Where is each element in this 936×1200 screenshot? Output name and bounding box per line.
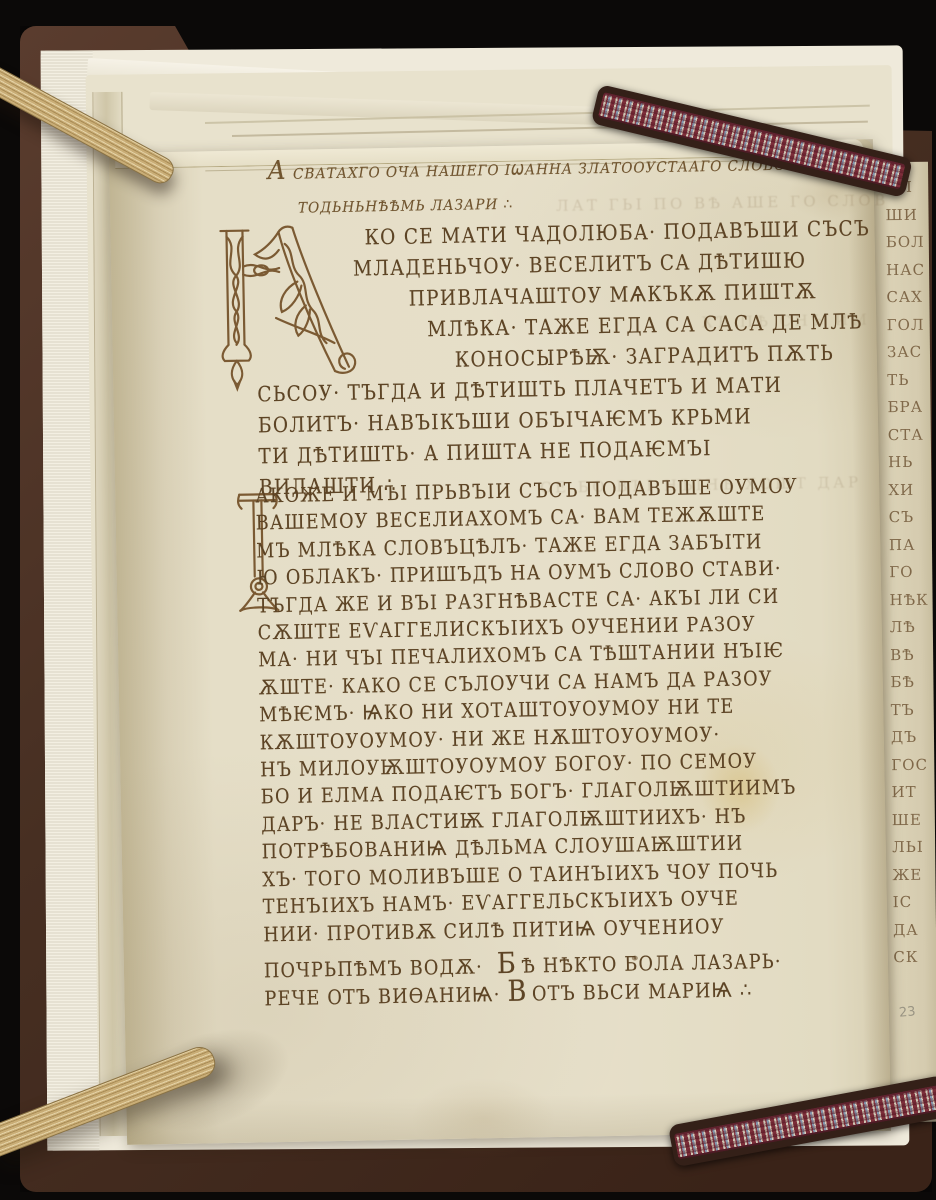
text-fragment: НѢК bbox=[889, 590, 927, 618]
paragraph-2: АКОЖЕ И МЪІ ПРЬВЪІИ СЪСЪ ПОДАВЪШЕ ОУМОУВ… bbox=[255, 471, 880, 948]
text-fragment: ГОС bbox=[891, 755, 929, 783]
text-fragment: ГО bbox=[889, 563, 927, 591]
inline-initial: В bbox=[507, 974, 528, 1008]
text-fragment: ДЪ bbox=[891, 728, 929, 756]
pencil-folio-number: 23 bbox=[898, 1004, 916, 1020]
text-fragment: СЪ bbox=[889, 508, 927, 536]
text-segment: РЕЧЕ ОТЪ ВИѲАНИѨ· bbox=[264, 982, 501, 1010]
text-fragment: ІС bbox=[893, 893, 931, 921]
text-fragment: ТЪ bbox=[891, 700, 929, 728]
text-fragment: СК bbox=[893, 948, 931, 976]
photograph-of-open-manuscript: ИЛШИБОЛНАССАХГОЛЗАСТЬБРАСТАНЬХИСЪПАГОНѢК… bbox=[0, 0, 936, 1200]
paragraph-1: КО СЕ МАТИ ЧАДОЛЮБА· ПОДАВЪШИ СЪСЪМЛАДЕН… bbox=[254, 212, 936, 503]
text-fragment: ПА bbox=[889, 535, 927, 563]
text-fragment: ЛѢ bbox=[890, 618, 928, 646]
parchment-page: А СВАТАХГО ОЧА НАШЕГО ІѠАННА ЗЛАТООУСТАА… bbox=[109, 139, 891, 1145]
text-fragment: ДА bbox=[893, 920, 931, 948]
text-fragment: ИТ bbox=[891, 783, 929, 811]
text-fragment: БѢ bbox=[890, 673, 928, 701]
text-segment: ОТЪ ВЬСИ МАРИѨ ∴ bbox=[532, 977, 753, 1005]
ghost-line: ХЪ ПѢ СНЪ ИМ bbox=[702, 311, 871, 332]
text-fragment: ЖЕ bbox=[892, 865, 930, 893]
text-fragment: ЛЬІ bbox=[892, 838, 930, 866]
gutter-shading bbox=[109, 151, 219, 1145]
text-fragment: ШЕ bbox=[892, 810, 930, 838]
text-fragment: ВѢ bbox=[890, 645, 928, 673]
